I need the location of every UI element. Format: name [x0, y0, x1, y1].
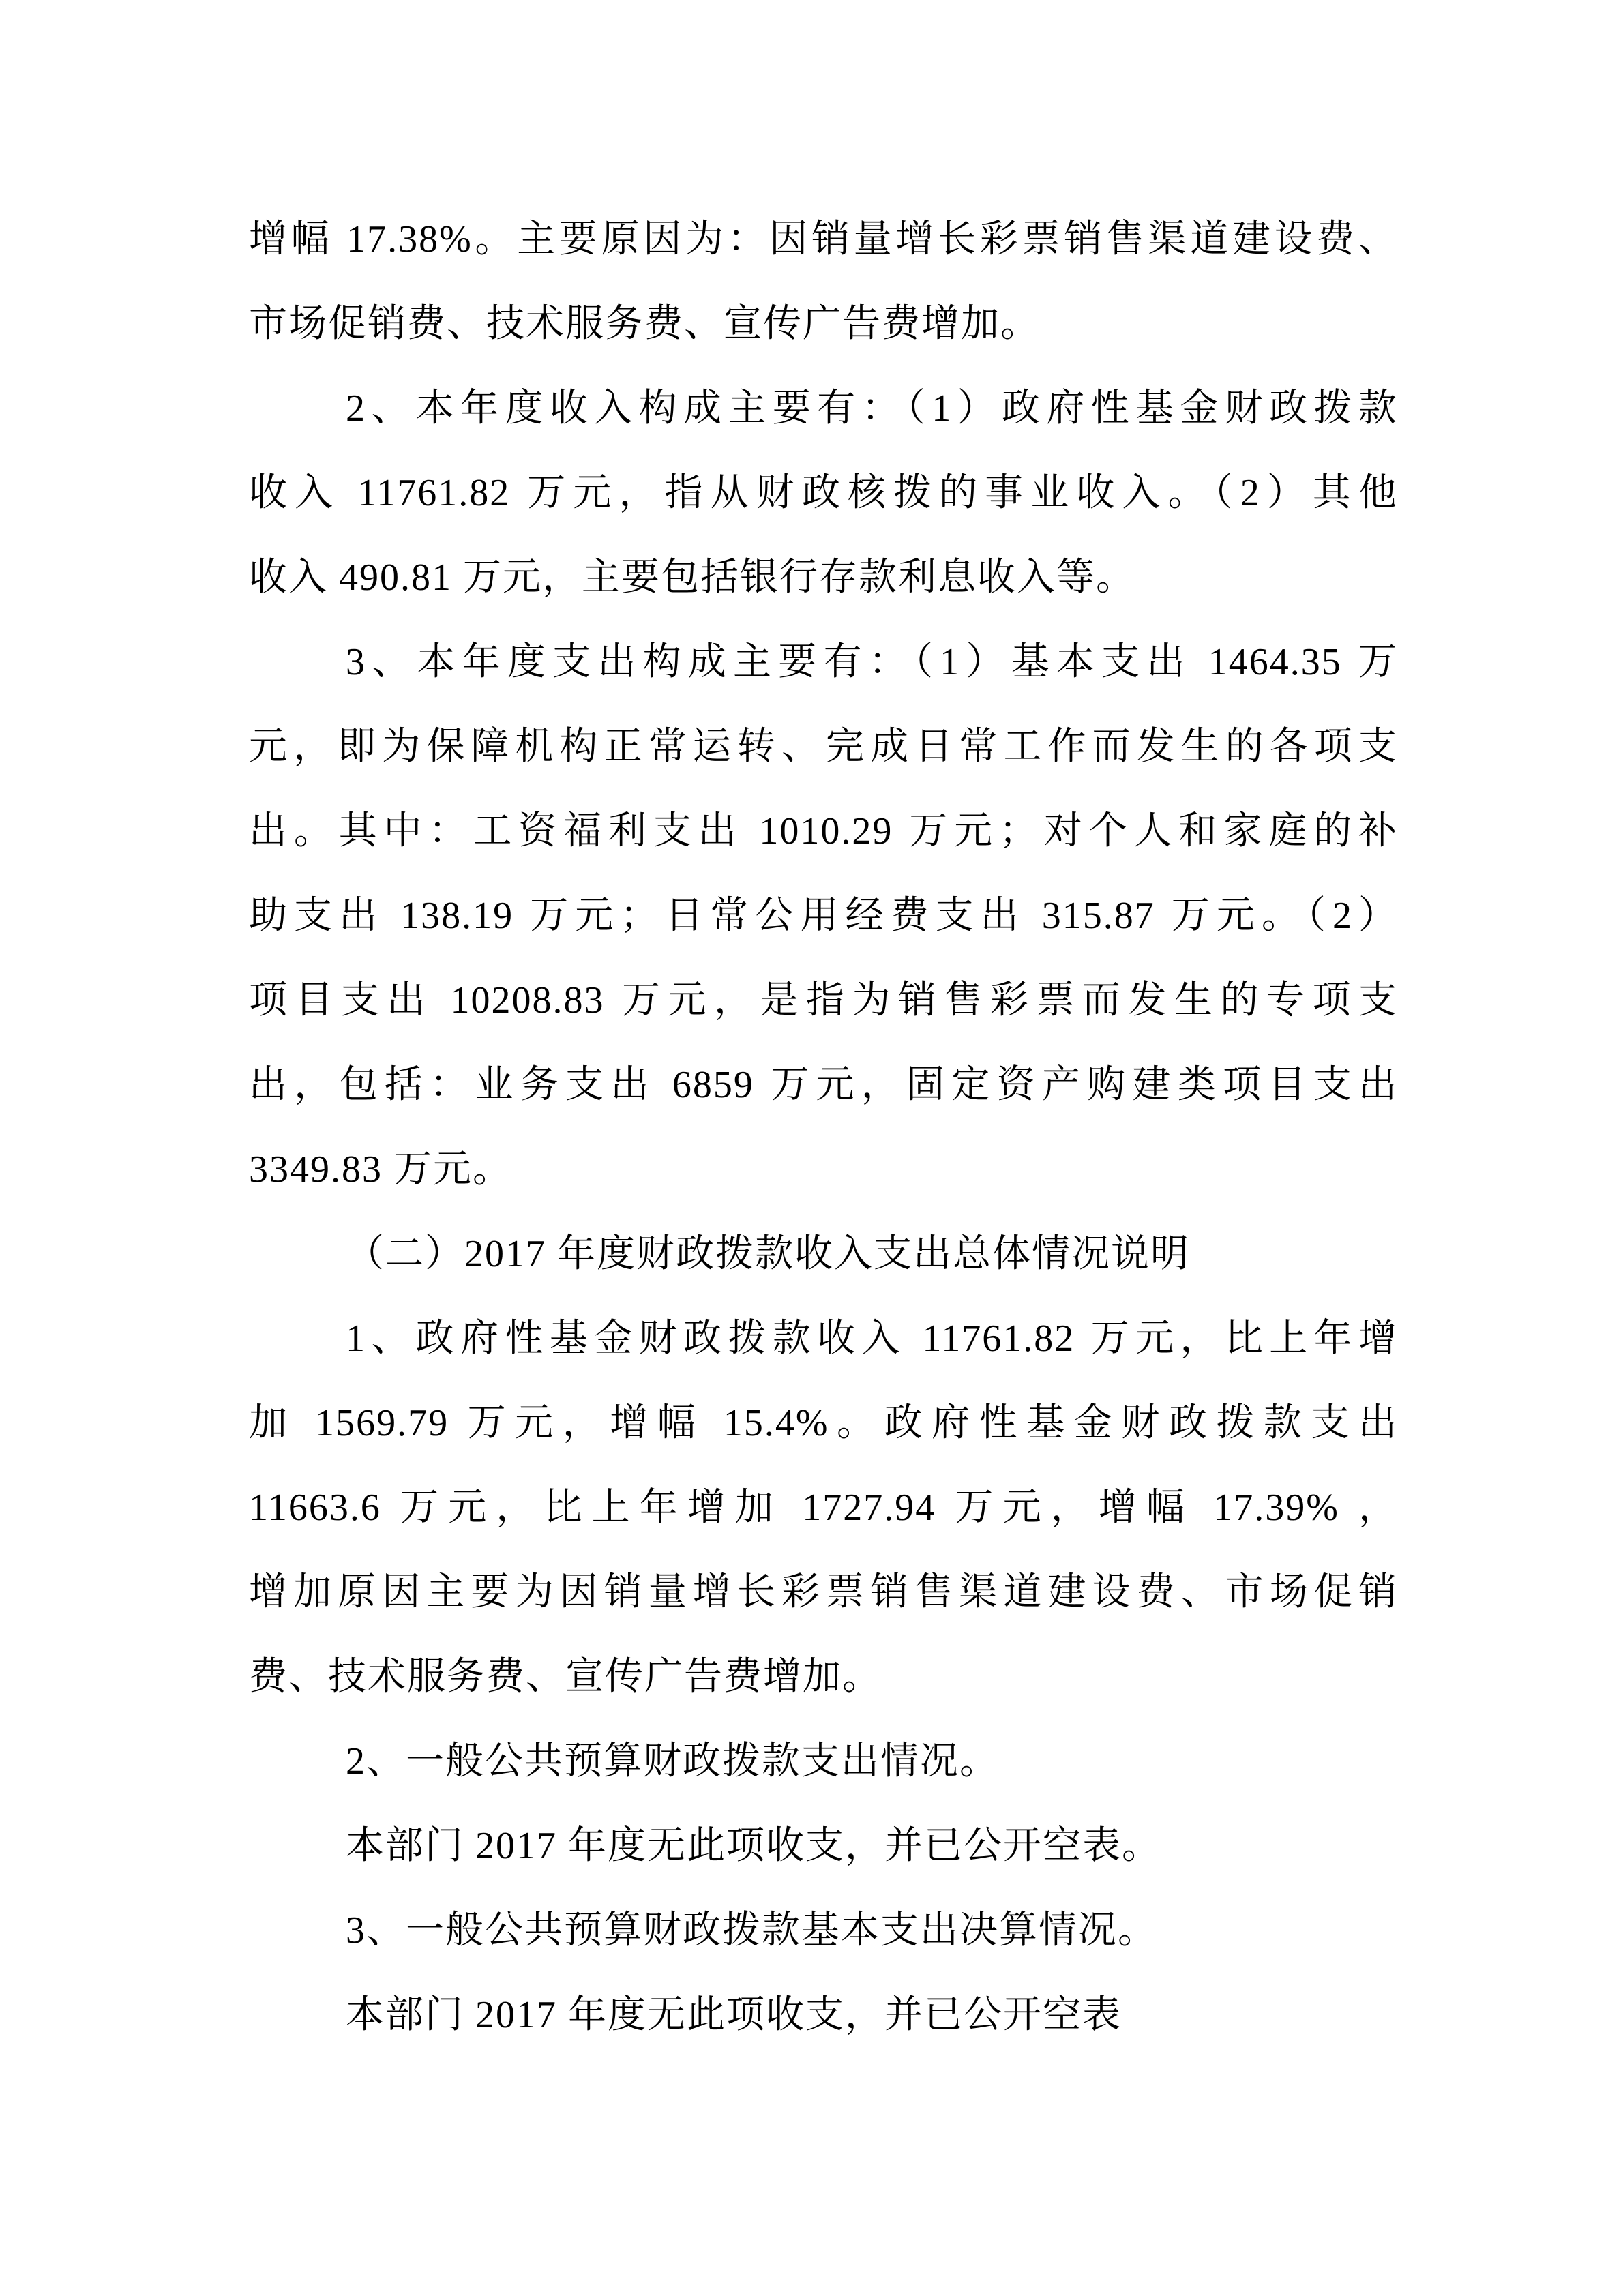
text-line: 费、技术服务费、宣传广告费增加。: [249, 1635, 1398, 1719]
text-line: 11663.6 万元，比上年增加 1727.94 万元，增幅 17.39% ，: [249, 1465, 1398, 1550]
text-line: 本部门 2017 年度无此项收支，并已公开空表: [249, 1973, 1398, 2057]
text-line: 本部门 2017 年度无此项收支，并已公开空表。: [249, 1804, 1398, 1888]
text-line: 2、本年度收入构成主要有：（1）政府性基金财政拨款: [249, 366, 1398, 451]
text-block: 增幅 17.38%。主要原因为：因销量增长彩票销售渠道建设费、市场促销费、技术服…: [249, 197, 1398, 2057]
text-line: 3349.83 万元。: [249, 1127, 1398, 1212]
text-line: 增加原因主要为因销量增长彩票销售渠道建设费、市场促销: [249, 1550, 1398, 1635]
text-line: 3、一般公共预算财政拨款基本支出决算情况。: [249, 1888, 1398, 1973]
text-line: （二）2017 年度财政拨款收入支出总体情况说明: [249, 1212, 1398, 1296]
document-page: 增幅 17.38%。主要原因为：因销量增长彩票销售渠道建设费、市场促销费、技术服…: [0, 0, 1623, 2296]
text-line: 项目支出 10208.83 万元，是指为销售彩票而发生的专项支: [249, 958, 1398, 1043]
text-line: 增幅 17.38%。主要原因为：因销量增长彩票销售渠道建设费、: [249, 197, 1398, 282]
text-line: 1、政府性基金财政拨款收入 11761.82 万元，比上年增: [249, 1296, 1398, 1381]
text-line: 出，包括：业务支出 6859 万元，固定资产购建类项目支出: [249, 1043, 1398, 1127]
text-line: 元，即为保障机构正常运转、完成日常工作而发生的各项支: [249, 704, 1398, 789]
text-line: 收入 490.81 万元，主要包括银行存款利息收入等。: [249, 535, 1398, 620]
text-line: 2、一般公共预算财政拨款支出情况。: [249, 1719, 1398, 1804]
text-line: 3、本年度支出构成主要有：（1）基本支出 1464.35 万: [249, 620, 1398, 704]
text-line: 助支出 138.19 万元；日常公用经费支出 315.87 万元。（2）: [249, 874, 1398, 958]
text-line: 出。其中：工资福利支出 1010.29 万元；对个人和家庭的补: [249, 789, 1398, 874]
text-line: 收入 11761.82 万元，指从财政核拨的事业收入。（2）其他: [249, 451, 1398, 535]
text-line: 市场促销费、技术服务费、宣传广告费增加。: [249, 282, 1398, 366]
text-line: 加 1569.79 万元，增幅 15.4%。政府性基金财政拨款支出: [249, 1381, 1398, 1465]
